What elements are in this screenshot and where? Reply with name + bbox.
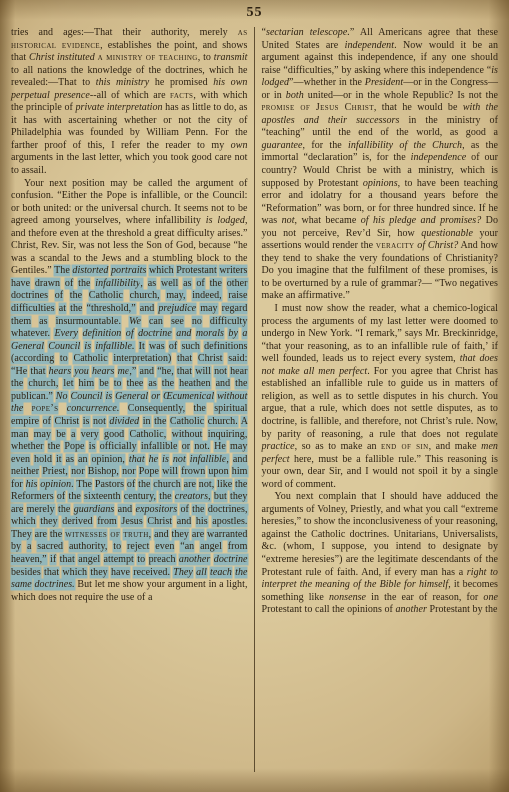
page-number: 55: [0, 0, 509, 24]
paragraph: Your next position may be called the arg…: [11, 178, 248, 605]
paragraph: tries and ages:—That their authority, me…: [11, 27, 248, 178]
paragraph: “sectarian telescope.” All Americans agr…: [262, 27, 499, 303]
paragraph: I must now show the reader, what a chemi…: [262, 303, 499, 491]
book-page: 55 tries and ages:—That their authority,…: [0, 0, 509, 792]
column-divider-rule: [254, 27, 255, 772]
paragraph: You next complain that I should have add…: [262, 491, 499, 616]
column-left: tries and ages:—That their authority, me…: [11, 27, 248, 772]
column-right: “sectarian telescope.” All Americans agr…: [262, 27, 499, 772]
text-columns: tries and ages:—That their authority, me…: [0, 24, 509, 772]
